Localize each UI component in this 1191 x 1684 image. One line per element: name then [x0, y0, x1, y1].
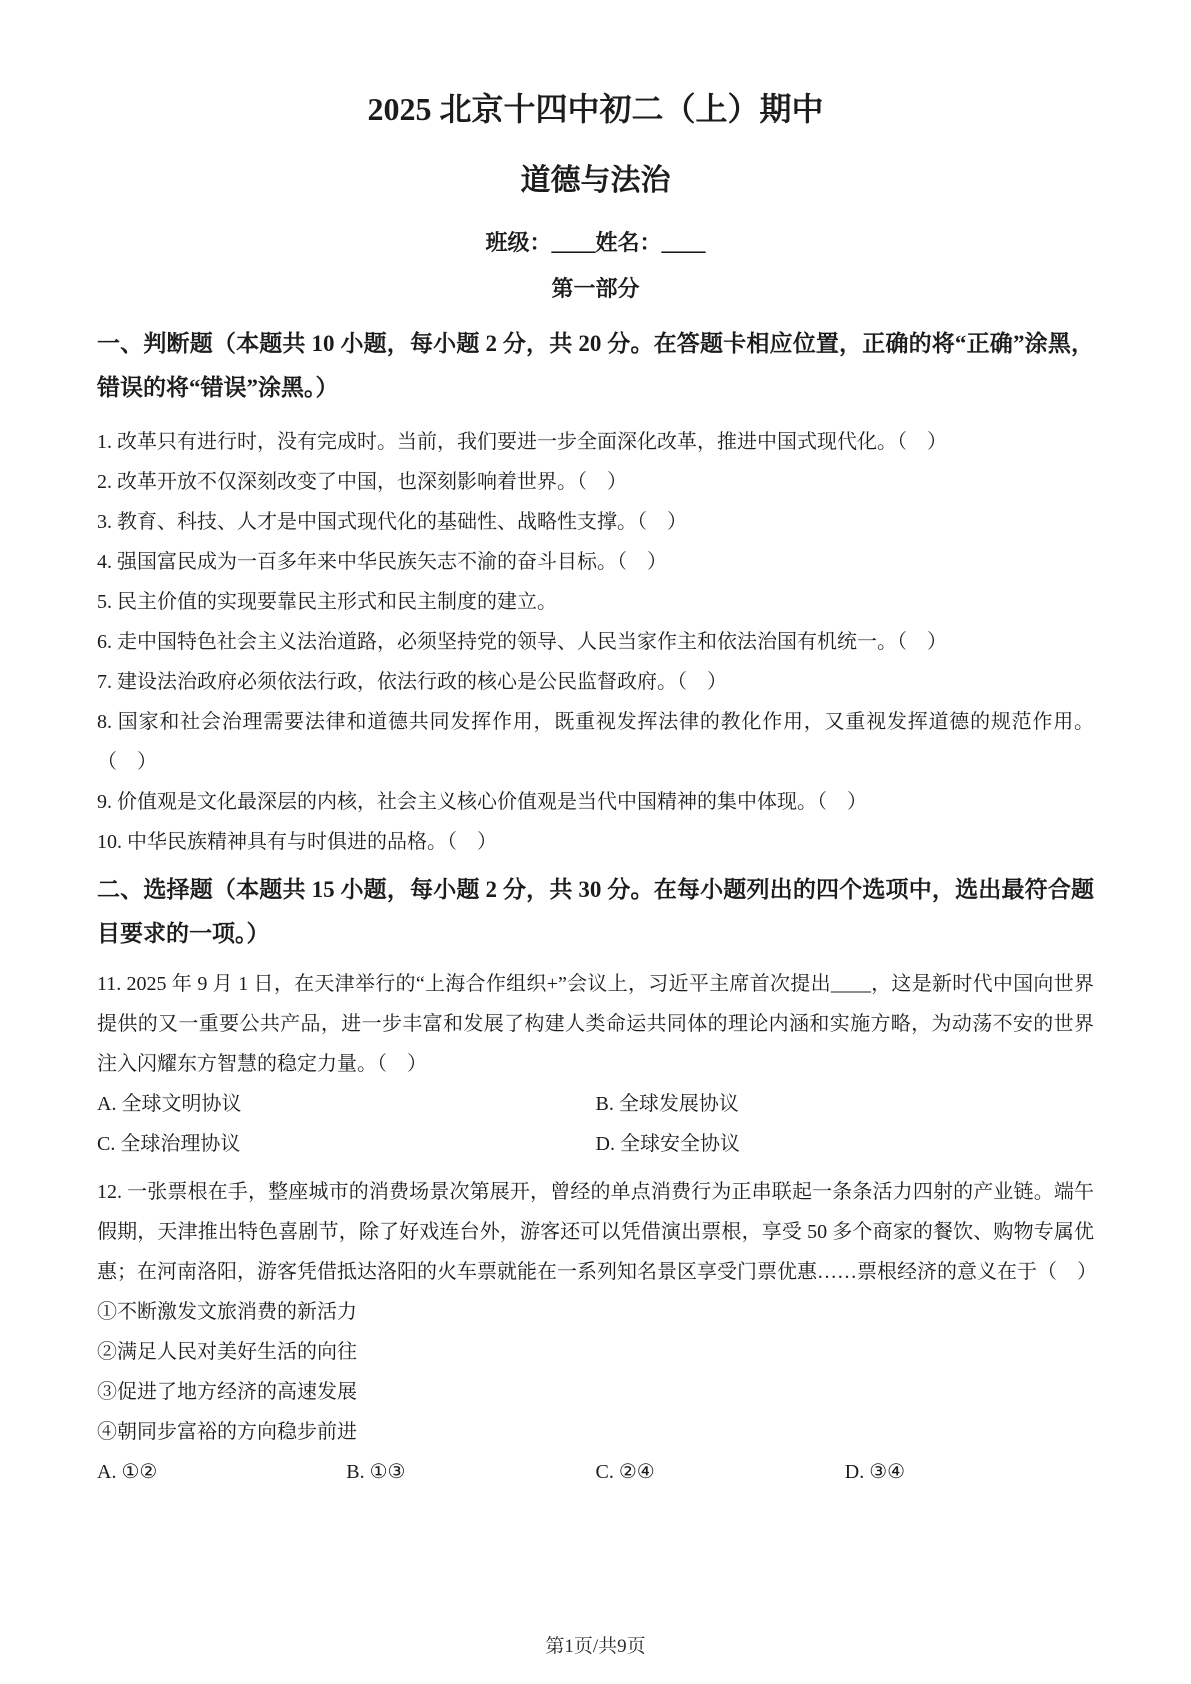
part-one-heading: 第一部分	[97, 274, 1094, 304]
question-12-statement-2: ②满足人民对美好生活的向往	[97, 1332, 1094, 1372]
judgment-items: 1. 改革只有进行时，没有完成时。当前，我们要进一步全面深化改革，推进中国式现代…	[97, 422, 1094, 862]
judgment-item-9: 9. 价值观是文化最深层的内核，社会主义核心价值观是当代中国精神的集中体现。（ …	[97, 782, 1094, 822]
question-12-option-b: B. ①③	[346, 1452, 595, 1492]
question-12-option-a: A. ①②	[97, 1452, 346, 1492]
judgment-item-5: 5. 民主价值的实现要靠民主形式和民主制度的建立。	[97, 582, 1094, 622]
question-12-statement-4: ④朝同步富裕的方向稳步前进	[97, 1412, 1094, 1452]
question-11-options: A. 全球文明协议 B. 全球发展协议 C. 全球治理协议 D. 全球安全协议	[97, 1084, 1094, 1164]
question-12-statements: ①不断激发文旅消费的新活力 ②满足人民对美好生活的向往 ③促进了地方经济的高速发…	[97, 1292, 1094, 1452]
question-11-stem: 11. 2025 年 9 月 1 日，在天津举行的“上海合作组织+”会议上，习近…	[97, 964, 1094, 1084]
question-12-statement-1: ①不断激发文旅消费的新活力	[97, 1292, 1094, 1332]
question-12-option-c: C. ②④	[596, 1452, 845, 1492]
judgment-item-1: 1. 改革只有进行时，没有完成时。当前，我们要进一步全面深化改革，推进中国式现代…	[97, 422, 1094, 462]
question-11-option-d: D. 全球安全协议	[596, 1124, 1095, 1164]
judgment-item-2: 2. 改革开放不仅深刻改变了中国，也深刻影响着世界。（ ）	[97, 462, 1094, 502]
judgment-item-3: 3. 教育、科技、人才是中国式现代化的基础性、战略性支撑。（ ）	[97, 502, 1094, 542]
question-11-option-b: B. 全球发展协议	[596, 1084, 1095, 1124]
question-12-options: A. ①② B. ①③ C. ②④ D. ③④	[97, 1452, 1094, 1492]
exam-title: 2025 北京十四中初二（上）期中	[97, 86, 1094, 132]
exam-subject: 道德与法治	[97, 160, 1094, 202]
page-content: 2025 北京十四中初二（上）期中 道德与法治 班级：____姓名：____ 第…	[97, 0, 1094, 1492]
class-name-line: 班级：____姓名：____	[97, 228, 1094, 258]
judgment-item-10: 10. 中华民族精神具有与时俱进的品格。（ ）	[97, 822, 1094, 862]
judgment-item-8: 8. 国家和社会治理需要法律和道德共同发挥作用，既重视发挥法律的教化作用，又重视…	[97, 702, 1094, 782]
question-12-statement-3: ③促进了地方经济的高速发展	[97, 1372, 1094, 1412]
judgment-item-7: 7. 建设法治政府必须依法行政，依法行政的核心是公民监督政府。（ ）	[97, 662, 1094, 702]
exam-page: 2025 北京十四中初二（上）期中 道德与法治 班级：____姓名：____ 第…	[0, 0, 1191, 1684]
judgment-item-4: 4. 强国富民成为一百多年来中华民族矢志不渝的奋斗目标。（ ）	[97, 542, 1094, 582]
question-11-option-c: C. 全球治理协议	[97, 1124, 596, 1164]
judgment-section-heading: 一、判断题（本题共 10 小题，每小题 2 分，共 20 分。在答题卡相应位置，…	[97, 322, 1094, 410]
question-12-option-d: D. ③④	[845, 1452, 1094, 1492]
page-number-footer: 第1页/共9页	[0, 1634, 1191, 1660]
question-12-stem: 12. 一张票根在手，整座城市的消费场景次第展开，曾经的单点消费行为正串联起一条…	[97, 1172, 1094, 1292]
question-11-option-a: A. 全球文明协议	[97, 1084, 596, 1124]
judgment-item-6: 6. 走中国特色社会主义法治道路，必须坚持党的领导、人民当家作主和依法治国有机统…	[97, 622, 1094, 662]
choice-section-heading: 二、选择题（本题共 15 小题，每小题 2 分，共 30 分。在每小题列出的四个…	[97, 868, 1094, 956]
